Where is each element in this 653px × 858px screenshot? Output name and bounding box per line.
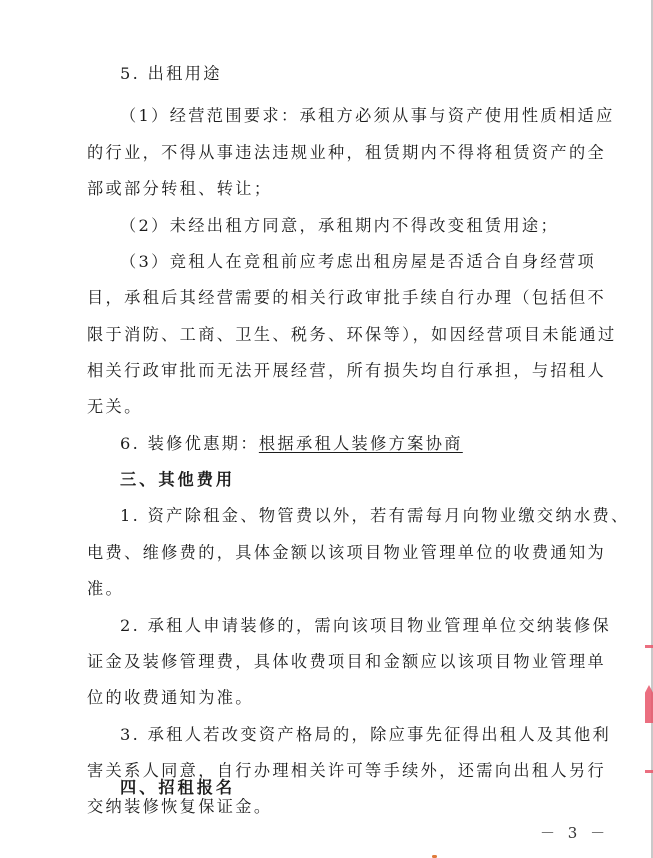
text-line: 2. 承租人申请装修的，需向该项目物业管理单位交纳装修保 (120, 616, 583, 636)
text-line: （1）经营范围要求：承租方必须从事与资产使用性质相适应 (120, 106, 583, 126)
text-line: 1. 资产除租金、物管费以外，若有需每月向物业缴交纳水费、 (120, 506, 583, 526)
text-line: 交纳装修恢复保证金。 (87, 797, 583, 817)
text-line: 证金及装修管理费，具体收费项目和金额应以该项目物业管理单 (87, 652, 583, 672)
page-number: － 3 － (540, 822, 609, 843)
seal-stamp-fragment (645, 770, 653, 773)
renovation-period-value: 根据承租人装修方案协商 (259, 434, 463, 453)
text-line: 5. 出租用途 (120, 64, 583, 84)
section-heading-registration: 四、招租报名 (120, 778, 583, 798)
section-heading: 三、其他费用 (120, 470, 583, 490)
text-line: 无关。 (87, 397, 583, 417)
text-line: 的行业，不得从事违法违规业种，租赁期内不得将租赁资产的全 (87, 143, 583, 163)
text-line: 准。 (87, 579, 583, 599)
text-line: 限于消防、工商、卫生、税务、环保等），如因经营项目未能通过 (87, 325, 583, 345)
text-line: （2）未经出租方同意，承租期内不得改变租赁用途； (120, 216, 583, 236)
renovation-period-line: 6. 装修优惠期：根据承租人装修方案协商 (120, 434, 583, 454)
text-line: 位的收费通知为准。 (87, 688, 583, 708)
seal-stamp-fragment (645, 685, 653, 723)
renovation-period-label: 6. 装修优惠期： (120, 434, 259, 453)
text-line: （3）竞租人在竞租前应考虑出租房屋是否适合自身经营项 (120, 252, 583, 272)
text-line: 部或部分转租、转让； (87, 179, 583, 199)
text-line: 3. 承租人若改变资产格局的，除应事先征得出租人及其他利 (120, 725, 583, 745)
seal-stamp-fragment (645, 645, 653, 648)
text-line: 目，承租后其经营需要的相关行政审批手续自行办理（包括但不 (87, 288, 583, 308)
document-page: 5. 出租用途（1）经营范围要求：承租方必须从事与资产使用性质相适应的行业，不得… (0, 0, 653, 858)
text-line: 相关行政审批而无法开展经营，所有损失均自行承担，与招租人 (87, 361, 583, 381)
text-line: 电费、维修费的，具体金额以该项目物业管理单位的收费通知为 (87, 543, 583, 563)
